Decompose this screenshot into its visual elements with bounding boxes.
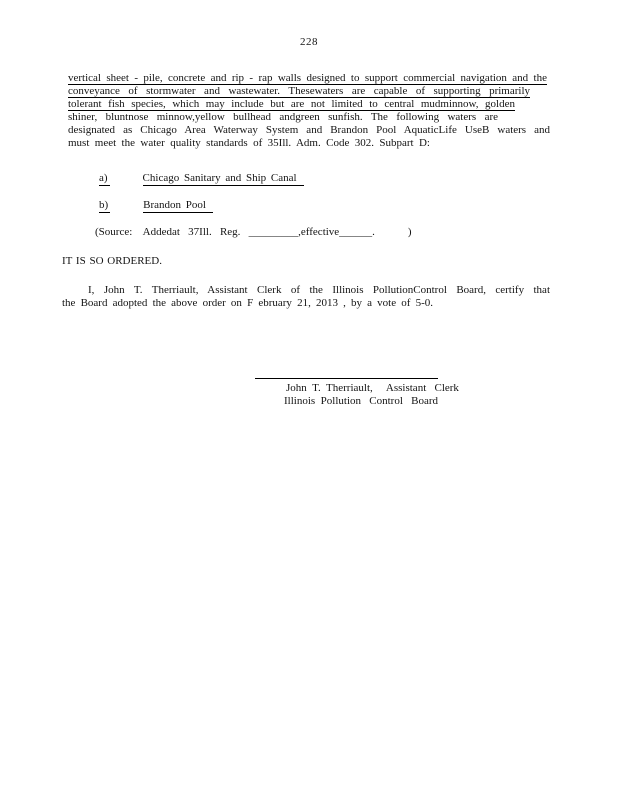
certification-line: the Board adopted the above order on F e… [62,297,433,310]
body-paragraph: vertical sheet - pile, concrete and rip … [68,72,550,150]
paragraph-line: vertical sheet - pile, concrete and rip … [68,72,547,85]
signature-rule [255,378,438,379]
list-item-a-label: a) [99,172,110,186]
paragraph-line: designated as Chicago Area Waterway Syst… [68,124,550,137]
certification-paragraph: I, John T. Therriault, Assistant Clerk o… [62,284,550,310]
signature-org: Illinois Pollution Control Board [284,395,550,408]
list-item-b-text: Brandon Pool [143,199,213,213]
list-item-a-text: Chicago Sanitary and Ship Canal [143,172,304,186]
paragraph-line: shiner, bluntnose minnow,yellow bullhead… [68,111,498,124]
order-statement: IT IS SO ORDERED. [62,255,550,268]
source-citation-line: (Source: Addedat 37Ill. Reg. _________,e… [95,226,550,239]
paragraph-line: conveyance of stormwater and wastewater.… [68,85,530,98]
paragraph-line: must meet the water quality standards of… [68,137,430,150]
list-item-a: a)Chicago Sanitary and Ship Canal [99,172,550,185]
certification-line: I, John T. Therriault, Assistant Clerk o… [62,284,550,297]
paragraph-line: tolerant fish species, which may include… [68,98,515,111]
list-item-b-label: b) [99,199,110,213]
page-number: 228 [68,36,550,49]
list-item-b: b)Brandon Pool [99,199,550,212]
signature-block: John T. Therriault, Assistant Clerk Illi… [255,378,550,408]
signature-name: John T. Therriault, Assistant Clerk [286,382,550,395]
document-page: 228 vertical sheet - pile, concrete and … [0,0,618,800]
